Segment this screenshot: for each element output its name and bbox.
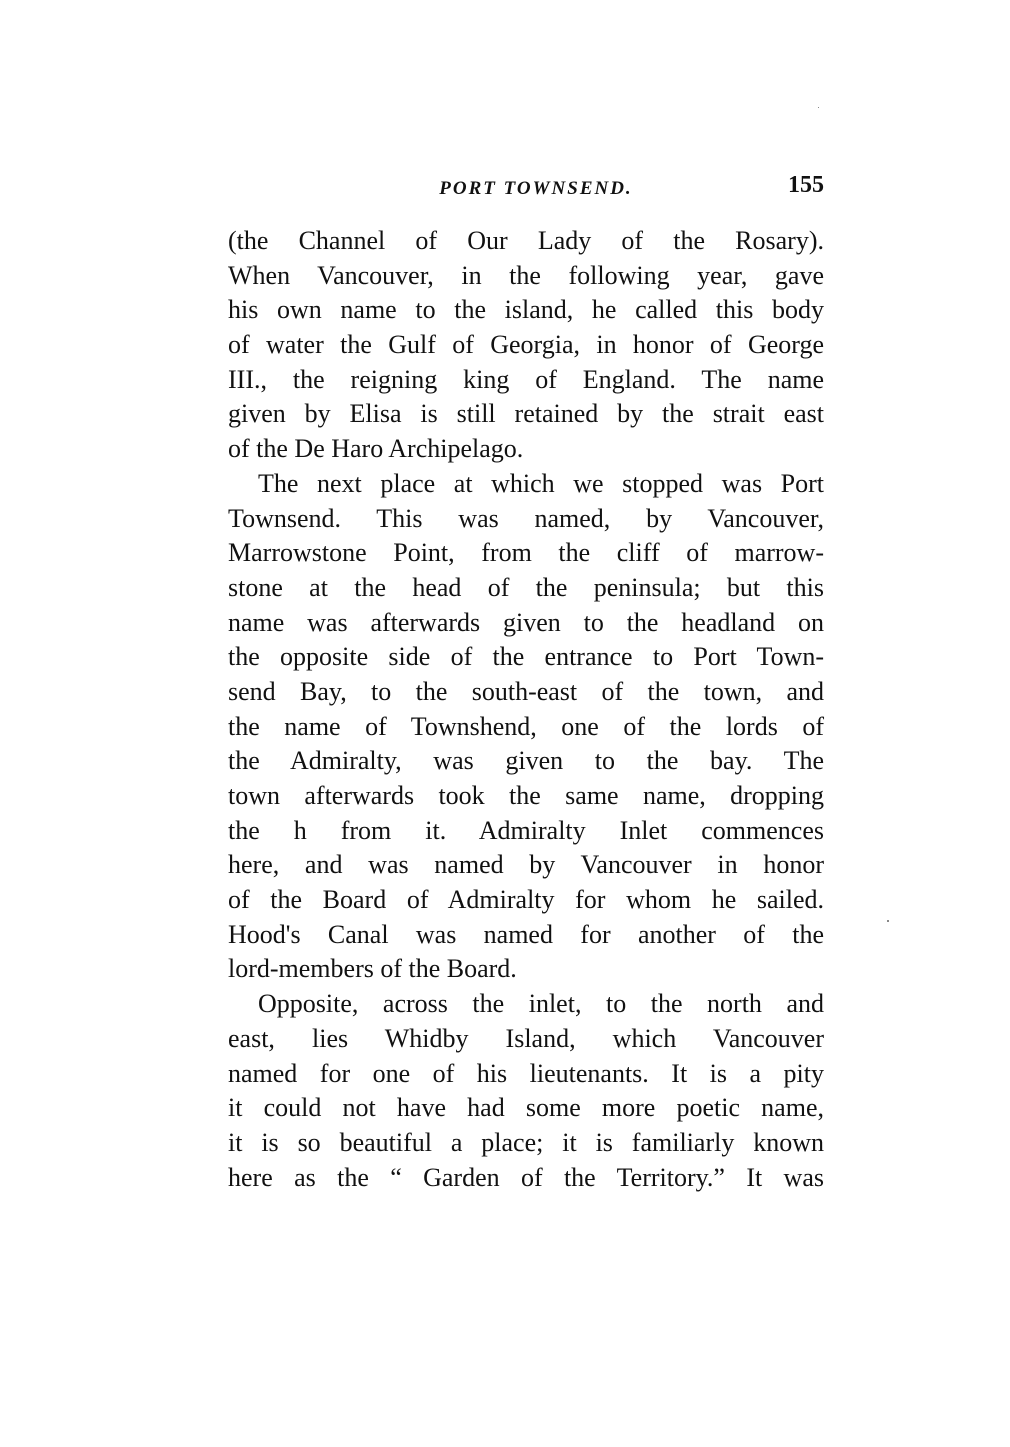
text-line: When Vancouver, in the following year, g… [228, 259, 824, 294]
text-line: Townsend. This was named, by Vancouver, [228, 502, 824, 537]
paragraph-2: The next place at which we stopped was P… [228, 467, 824, 987]
text-line: of the De Haro Archipelago. [228, 432, 824, 467]
text-line: lord-members of the Board. [228, 952, 824, 987]
text-line: of the Board of Admiralty for whom he sa… [228, 883, 824, 918]
page-header: PORT TOWNSEND. 155 [228, 172, 824, 206]
text-line: name was afterwards given to the headlan… [228, 606, 824, 641]
text-line: the name of Townshend, one of the lords … [228, 710, 824, 745]
text-line: III., the reigning king of England. The … [228, 363, 824, 398]
text-line: The next place at which we stopped was P… [228, 467, 824, 502]
text-line: of water the Gulf of Georgia, in honor o… [228, 328, 824, 363]
running-head: PORT TOWNSEND. [228, 178, 824, 200]
text-line: Opposite, across the inlet, to the north… [228, 987, 824, 1022]
text-line: his own name to the island, he called th… [228, 293, 824, 328]
scan-speck [887, 920, 889, 922]
text-line: Marrowstone Point, from the cliff of mar… [228, 536, 824, 571]
text-line: the Admiralty, was given to the bay. The [228, 744, 824, 779]
text-line: town afterwards took the same name, drop… [228, 779, 824, 814]
text-line: east, lies Whidby Island, which Vancouve… [228, 1022, 824, 1057]
text-line: the opposite side of the entrance to Por… [228, 640, 824, 675]
text-line: Hood's Canal was named for another of th… [228, 918, 824, 953]
book-page: PORT TOWNSEND. 155 (the Channel of Our L… [0, 0, 1010, 1447]
text-line: it could not have had some more poetic n… [228, 1091, 824, 1126]
text-line: given by Elisa is still retained by the … [228, 397, 824, 432]
text-line: named for one of his lieutenants. It is … [228, 1057, 824, 1092]
paragraph-1: (the Channel of Our Lady of the Rosary).… [228, 224, 824, 467]
body-text: (the Channel of Our Lady of the Rosary).… [228, 224, 824, 1195]
text-line: send Bay, to the south-east of the town,… [228, 675, 824, 710]
paragraph-3: Opposite, across the inlet, to the north… [228, 987, 824, 1195]
text-line: here, and was named by Vancouver in hono… [228, 848, 824, 883]
text-line: stone at the head of the peninsula; but … [228, 571, 824, 606]
scan-speck [818, 107, 819, 108]
text-line: (the Channel of Our Lady of the Rosary). [228, 224, 824, 259]
page-number: 155 [788, 172, 824, 199]
text-line: it is so beautiful a place; it is famili… [228, 1126, 824, 1161]
text-line: the h from it. Admiralty Inlet commences [228, 814, 824, 849]
text-line: here as the “ Garden of the Territory.” … [228, 1161, 824, 1196]
